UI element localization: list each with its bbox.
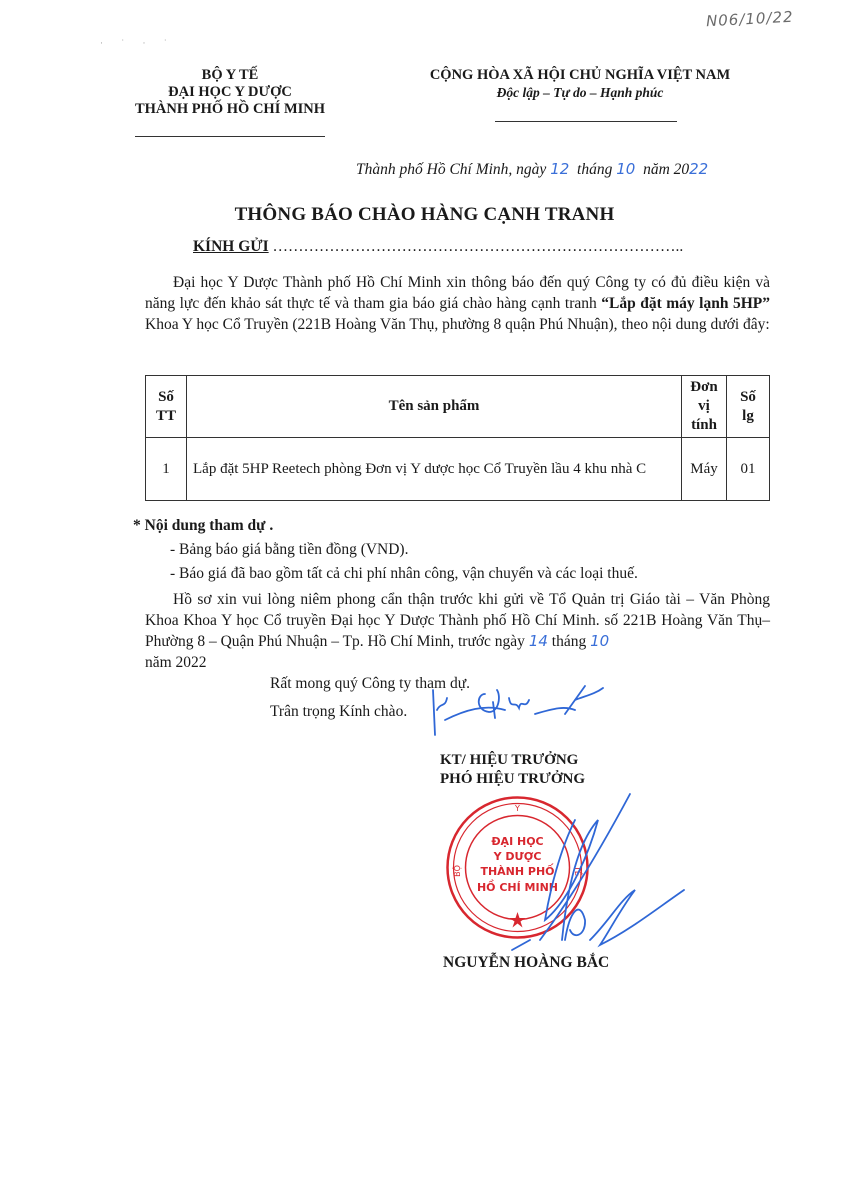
recipient-blank: …………………………………………………………………….. [273, 238, 684, 255]
handwritten-month: 10 [616, 160, 635, 178]
header-product: Tên sản phẩm [187, 376, 682, 438]
submission-paragraph: Hồ sơ xin vui lòng niêm phong cẩn thận t… [145, 589, 770, 673]
table-header-row: Số TT Tên sản phẩm Đơn vị tính Số lg [146, 376, 770, 438]
requirement-item: - Báo giá đã bao gồm tất cả chi phí nhân… [170, 565, 638, 583]
table-row: 1 Lắp đặt 5HP Reetech phòng Đơn vị Y dượ… [146, 438, 770, 501]
requirement-item: - Bảng báo giá bằng tiền đồng (VND). [170, 541, 408, 559]
recipient-line: KÍNH GỬI …………………………………………………………………….. [193, 238, 683, 256]
handwritten-reference-number: N06/10/22 [706, 8, 794, 31]
handwritten-deadline-month: 10 [590, 632, 609, 650]
cell-product: Lắp đặt 5HP Reetech phòng Đơn vị Y dược … [187, 438, 682, 501]
svg-text:BỘ: BỘ [451, 865, 462, 877]
agency-line-city: THÀNH PHỐ HỒ CHÍ MINH [115, 101, 345, 118]
initial-signature-icon [425, 680, 605, 740]
cell-no: 1 [146, 438, 187, 501]
header-unit: Đơn vị tính [682, 376, 727, 438]
project-name: “Lắp đặt máy lạnh 5HP” [601, 295, 770, 312]
document-title: THÔNG BÁO CHÀO HÀNG CẠNH TRANH [0, 204, 849, 226]
items-table: Số TT Tên sản phẩm Đơn vị tính Số lg 1 L… [145, 375, 770, 501]
agency-header: BỘ Y TẾ ĐẠI HỌC Y DƯỢC THÀNH PHỐ HỒ CHÍ … [115, 67, 345, 118]
signatory-title: KT/ HIỆU TRƯỞNG PHÓ HIỆU TRƯỞNG [440, 751, 650, 789]
handwritten-year: 22 [689, 160, 708, 178]
agency-line-university: ĐẠI HỌC Y DƯỢC [115, 84, 345, 101]
header-qty: Số lg [727, 376, 770, 438]
national-header: CỘNG HÒA XÃ HỘI CHỦ NGHĨA VIỆT NAM Độc l… [400, 67, 760, 101]
intro-paragraph: Đại học Y Dược Thành phố Hồ Chí Minh xin… [145, 272, 770, 335]
main-signature-icon [470, 790, 685, 960]
header-no: Số TT [146, 376, 187, 438]
national-title: CỘNG HÒA XÃ HỘI CHỦ NGHĨA VIỆT NAM [400, 67, 760, 84]
cell-unit: Máy [682, 438, 727, 501]
signer-name: NGUYỄN HOÀNG BẮC [443, 954, 609, 972]
national-motto: Độc lập – Tự do – Hạnh phúc [400, 84, 760, 101]
scan-specks: · ˙ · ˙ [100, 38, 175, 48]
handwritten-deadline-day: 14 [529, 632, 548, 650]
agency-underline [135, 136, 325, 137]
motto-underline [495, 121, 677, 122]
cell-qty: 01 [727, 438, 770, 501]
handwritten-day: 12 [550, 160, 569, 178]
requirements-heading: * Nội dung tham dự . [133, 517, 273, 535]
recipient-label: KÍNH GỬI [193, 238, 269, 255]
closing-line-2: Trân trọng Kính chào. [270, 703, 407, 721]
agency-line-ministry: BỘ Y TẾ [115, 67, 345, 84]
dateline: Thành phố Hồ Chí Minh, ngày 12 tháng 10 … [356, 160, 708, 179]
